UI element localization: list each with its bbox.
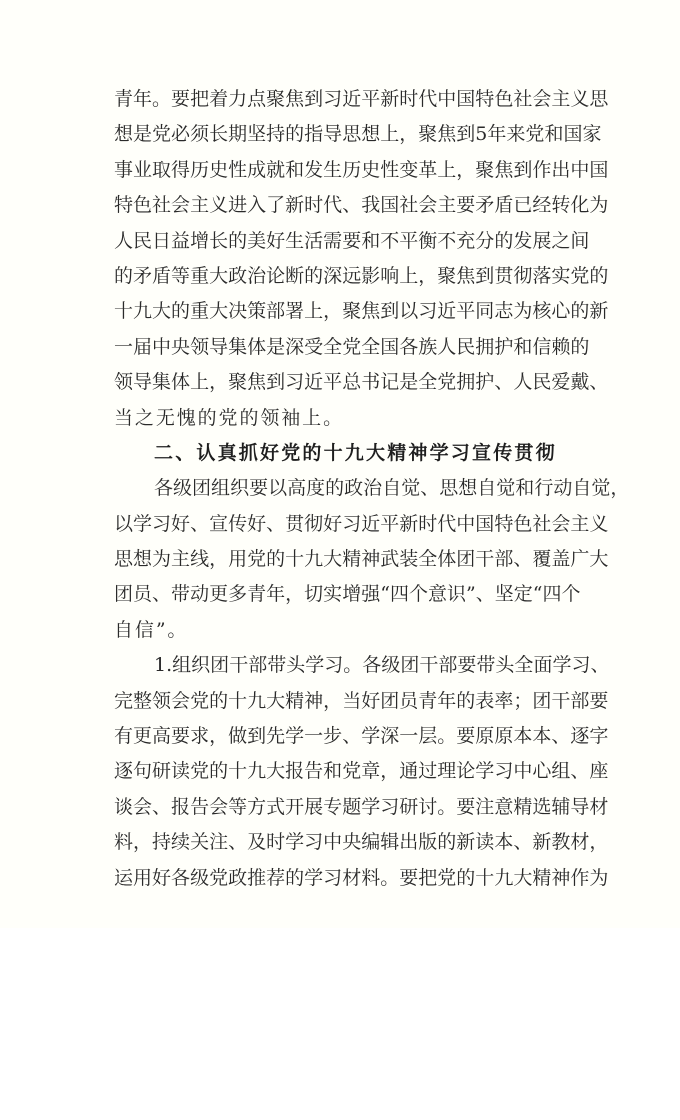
- body-line: 当之无愧的党的领袖上。: [114, 401, 574, 436]
- body-line: 十九大的重大决策部署上，聚焦到以习近平同志为核心的新: [114, 294, 574, 329]
- document-body: 青年。要把着力点聚焦到习近平新时代中国特色社会主义思 想是党必须长期坚持的指导思…: [114, 82, 574, 896]
- body-line: 思想为主线，用党的十九大精神武装全体团干部、覆盖广大: [114, 542, 574, 577]
- body-line: 团员、带动更多青年，切实增强“四个意识”、坚定“四个: [114, 577, 574, 612]
- body-line: 逐句研读党的十九大报告和党章，通过理论学习中心组、座: [114, 754, 574, 789]
- body-line: 运用好各级党政推荐的学习材料。要把党的十九大精神作为: [114, 861, 574, 896]
- body-line: 料，持续关注、及时学习中央编辑出版的新读本、新教材，: [114, 825, 574, 860]
- body-line: 想是党必须长期坚持的指导思想上，聚焦到5年来党和国家: [114, 117, 574, 152]
- list-item-line: 1. 组织团干部带头学习。各级团干部要带头全面学习、: [114, 648, 574, 683]
- body-line: 特色社会主义进入了新时代、我国社会主要矛盾已经转化为: [114, 188, 574, 223]
- body-line: 领导集体上，聚焦到习近平总书记是全党拥护、人民爱戴、: [114, 365, 574, 400]
- body-line: 谈会、报告会等方式开展专题学习研讨。要注意精选辅导材: [114, 790, 574, 825]
- scanned-document-page: 青年。要把着力点聚焦到习近平新时代中国特色社会主义思 想是党必须长期坚持的指导思…: [0, 0, 680, 928]
- body-line: 人民日益增长的美好生活需要和不平衡不充分的发展之间: [114, 224, 574, 259]
- body-line: 的矛盾等重大政治论断的深远影响上，聚焦到贯彻落实党的: [114, 259, 574, 294]
- body-line: 完整领会党的十九大精神，当好团员青年的表率；团干部要: [114, 684, 574, 719]
- body-line: 以学习好、宣传好、贯彻好习近平新时代中国特色社会主义: [114, 507, 574, 542]
- section-heading: 二、认真抓好党的十九大精神学习宣传贯彻: [114, 436, 574, 471]
- body-line: 各级团组织要以高度的政治自觉、思想自觉和行动自觉，: [114, 471, 574, 506]
- body-line: 青年。要把着力点聚焦到习近平新时代中国特色社会主义思: [114, 82, 574, 117]
- body-line: 有更高要求，做到先学一步、学深一层。要原原本本、逐字: [114, 719, 574, 754]
- body-line: 一届中央领导集体是深受全党全国各族人民拥护和信赖的: [114, 330, 574, 365]
- body-line: 自信”。: [114, 613, 574, 648]
- body-line: 事业取得历史性成就和发生历史性变革上，聚焦到作出中国: [114, 153, 574, 188]
